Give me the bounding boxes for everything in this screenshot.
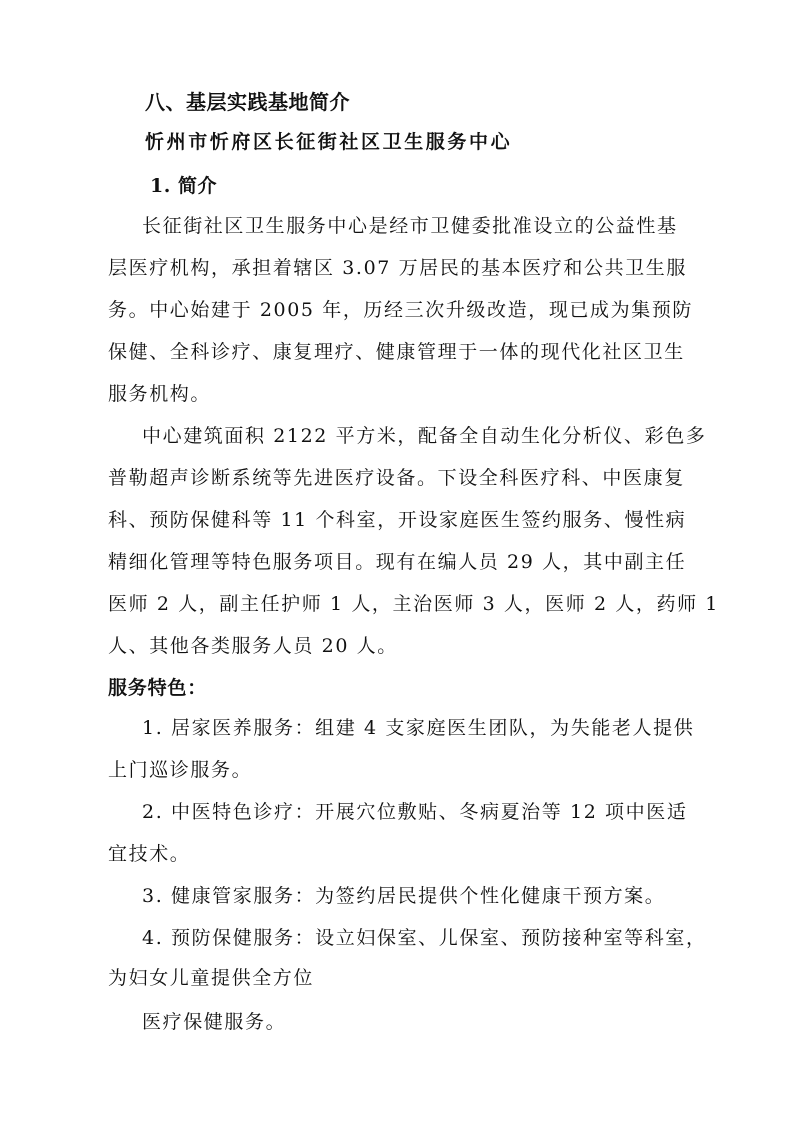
intro-p2-line-5: 医师 2 人，副主任护师 1 人，主治医师 3 人，医师 2 人，药师 1 bbox=[108, 592, 719, 616]
intro-p2-line-6: 人、其他各类服务人员 20 人。 bbox=[108, 634, 398, 658]
feature-2-line-1: 2. 中医特色诊疗：开展穴位敷贴、冬病夏治等 12 项中医适 bbox=[142, 800, 687, 824]
section-heading: 八、基层实践基地简介 bbox=[145, 90, 350, 114]
feature-1-line-2: 上门巡诊服务。 bbox=[108, 758, 252, 782]
intro-p2-line-4: 精细化管理等特色服务项目。现有在编人员 29 人，其中副主任 bbox=[108, 550, 686, 574]
document-page: 八、基层实践基地简介 忻州市忻府区长征街社区卫生服务中心 1. 简介 长征街社区… bbox=[0, 0, 793, 1122]
intro-p2-line-3: 科、预防保健科等 11 个科室，开设家庭医生签约服务、慢性病 bbox=[108, 508, 686, 532]
features-heading: 服务特色： bbox=[108, 676, 207, 700]
intro-subheading: 1. 简介 bbox=[150, 174, 217, 198]
intro-p2-line-1: 中心建筑面积 2122 平方米，配备全自动生化分析仪、彩色多 bbox=[142, 424, 706, 448]
intro-p1-line-5: 服务机构。 bbox=[108, 382, 211, 406]
intro-p1-line-1: 长征街社区卫生服务中心是经市卫健委批准设立的公益性基 bbox=[142, 214, 678, 238]
feature-1-line-1: 1. 居家医养服务：组建 4 支家庭医生团队，为失能老人提供 bbox=[142, 716, 694, 740]
feature-4-line-3: 医疗保健服务。 bbox=[142, 1010, 286, 1034]
intro-p1-line-3: 务。中心始建于 2005 年，历经三次升级改造，现已成为集预防 bbox=[108, 298, 693, 322]
feature-3-line-1: 3. 健康管家服务：为签约居民提供个性化健康干预方案。 bbox=[142, 884, 665, 908]
feature-4-line-1: 4. 预防保健服务：设立妇保室、儿保室、预防接种室等科室， bbox=[142, 926, 707, 950]
intro-p1-line-4: 保健、全科诊疗、康复理疗、健康管理于一体的现代化社区卫生 bbox=[108, 340, 685, 364]
feature-4-line-2: 为妇女儿童提供全方位 bbox=[108, 966, 314, 990]
intro-p1-line-2: 层医疗机构，承担着辖区 3.07 万居民的基本医疗和公共卫生服 bbox=[108, 256, 687, 280]
org-name-heading: 忻州市忻府区长征街社区卫生服务中心 bbox=[145, 130, 512, 154]
feature-2-line-2: 宜技术。 bbox=[108, 842, 190, 866]
intro-p2-line-2: 普勒超声诊断系统等先进医疗设备。下设全科医疗科、中医康复 bbox=[108, 466, 685, 490]
